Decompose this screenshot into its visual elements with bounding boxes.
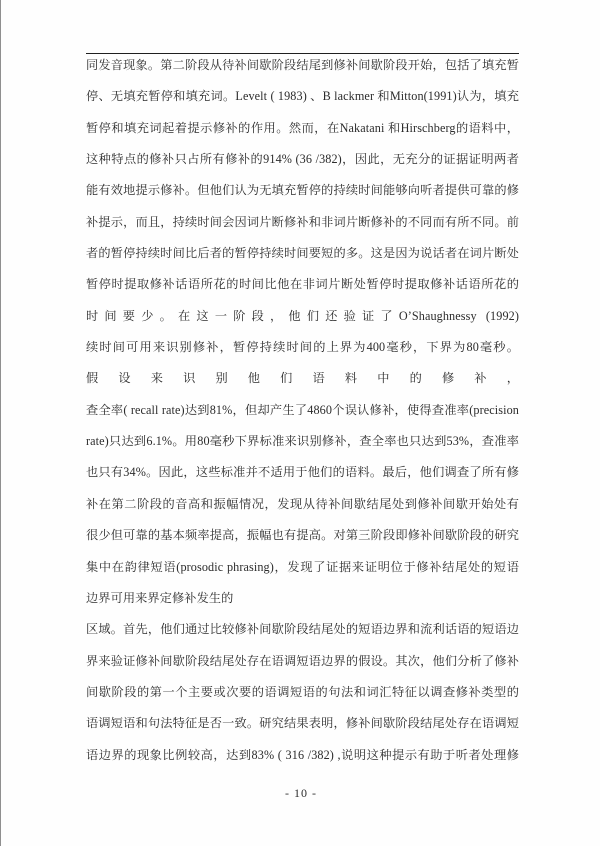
text-line: 这种特点的修补只占所有修补的914% (36 /382)，因此，无充分的证据证明…: [86, 144, 519, 175]
text-line: 续时间可用来识别修补，暂停持续时间的上界为400毫秒，下界为80毫秒。用这一: [86, 332, 519, 363]
text-line: rate)只达到6.1%。用80毫秒下界标准来识别修补，查全率也只达到53%，查…: [86, 426, 519, 457]
text-line: 假设来识别他们语料中的修补，结果是400毫秒上界识别了390个修补中的316个，: [86, 363, 519, 394]
body-text: 同发音现象。第二阶段从待补间歇阶段结尾到修补间歇阶段开始，包括了填充暂 停、无填…: [86, 50, 519, 771]
text-line: 很少但可靠的基本频率提高，振幅也有提高。对第三阶段即修补间歇阶段的研究: [86, 520, 519, 551]
text-line: 暂停时提取修补话语所花的时间比他在非词片断处暂停时提取修补话语所花的: [86, 269, 519, 300]
text-line: 暂停和填充词起着提示修补的作用。然而，在Nakatani 和Hirschberg…: [86, 113, 519, 144]
text-line: 时间要少。在这一阶段，他们还验证了O’Shaughnessy (1992)提出的…: [86, 301, 519, 332]
text-line: 者的暂停持续时间比后者的暂停持续时间要短的多。这是因为说话者在词片断处: [86, 238, 519, 269]
text-line: 集中在韵律短语(prosodic phrasing)，发现了证据来证明位于修补结…: [86, 552, 519, 583]
text-line: 语边界的现象比例较高，达到83% ( 316 /382) ,说明这种提示有助于听…: [86, 740, 519, 771]
text-line: 能有效地提示修补。但他们认为无填充暂停的持续时间能够向听者提供可靠的修: [86, 175, 519, 206]
text-line: 查全率( recall rate)达到81%，但却产生了4860个误认修补，使得…: [86, 395, 519, 426]
document-page: 同发音现象。第二阶段从待补间歇阶段结尾到修补间歇阶段开始，包括了填充暂 停、无填…: [0, 0, 600, 846]
text-line: 补提示，而且，持续时间会因词片断修补和非词片断修补的不同而有所不同。前: [86, 207, 519, 238]
text-line: 间歇阶段的第一个主要或次要的语调短语的句法和词汇特征以调查修补类型的: [86, 677, 519, 708]
text-line: 同发音现象。第二阶段从待补间歇阶段结尾到修补间歇阶段开始，包括了填充暂: [86, 50, 519, 81]
text-line: 也只有34%。因此，这些标准并不适用于他们的语料。最后，他们调查了所有修: [86, 457, 519, 488]
text-line: 语调短语和句法特征是否一致。研究结果表明，修补间歇阶段结尾处存在语调短: [86, 708, 519, 739]
text-line: 界来验证修补间歇阶段结尾处存在语调短语边界的假设。其次，他们分析了修补: [86, 646, 519, 677]
text-line: 边界可用来界定修补发生的: [86, 583, 519, 614]
text-line: 补在第二阶段的音高和振幅情况，发现从待补间歇结尾处到修补间歇开始处有: [86, 489, 519, 520]
page-number: - 10 -: [1, 786, 600, 801]
text-line: 停、无填充暂停和填充词。Levelt ( 1983) 、B lackmer 和M…: [86, 81, 519, 112]
text-line: 区域。首先，他们通过比较修补间歇阶段结尾处的短语边界和流利话语的短语边: [86, 614, 519, 645]
